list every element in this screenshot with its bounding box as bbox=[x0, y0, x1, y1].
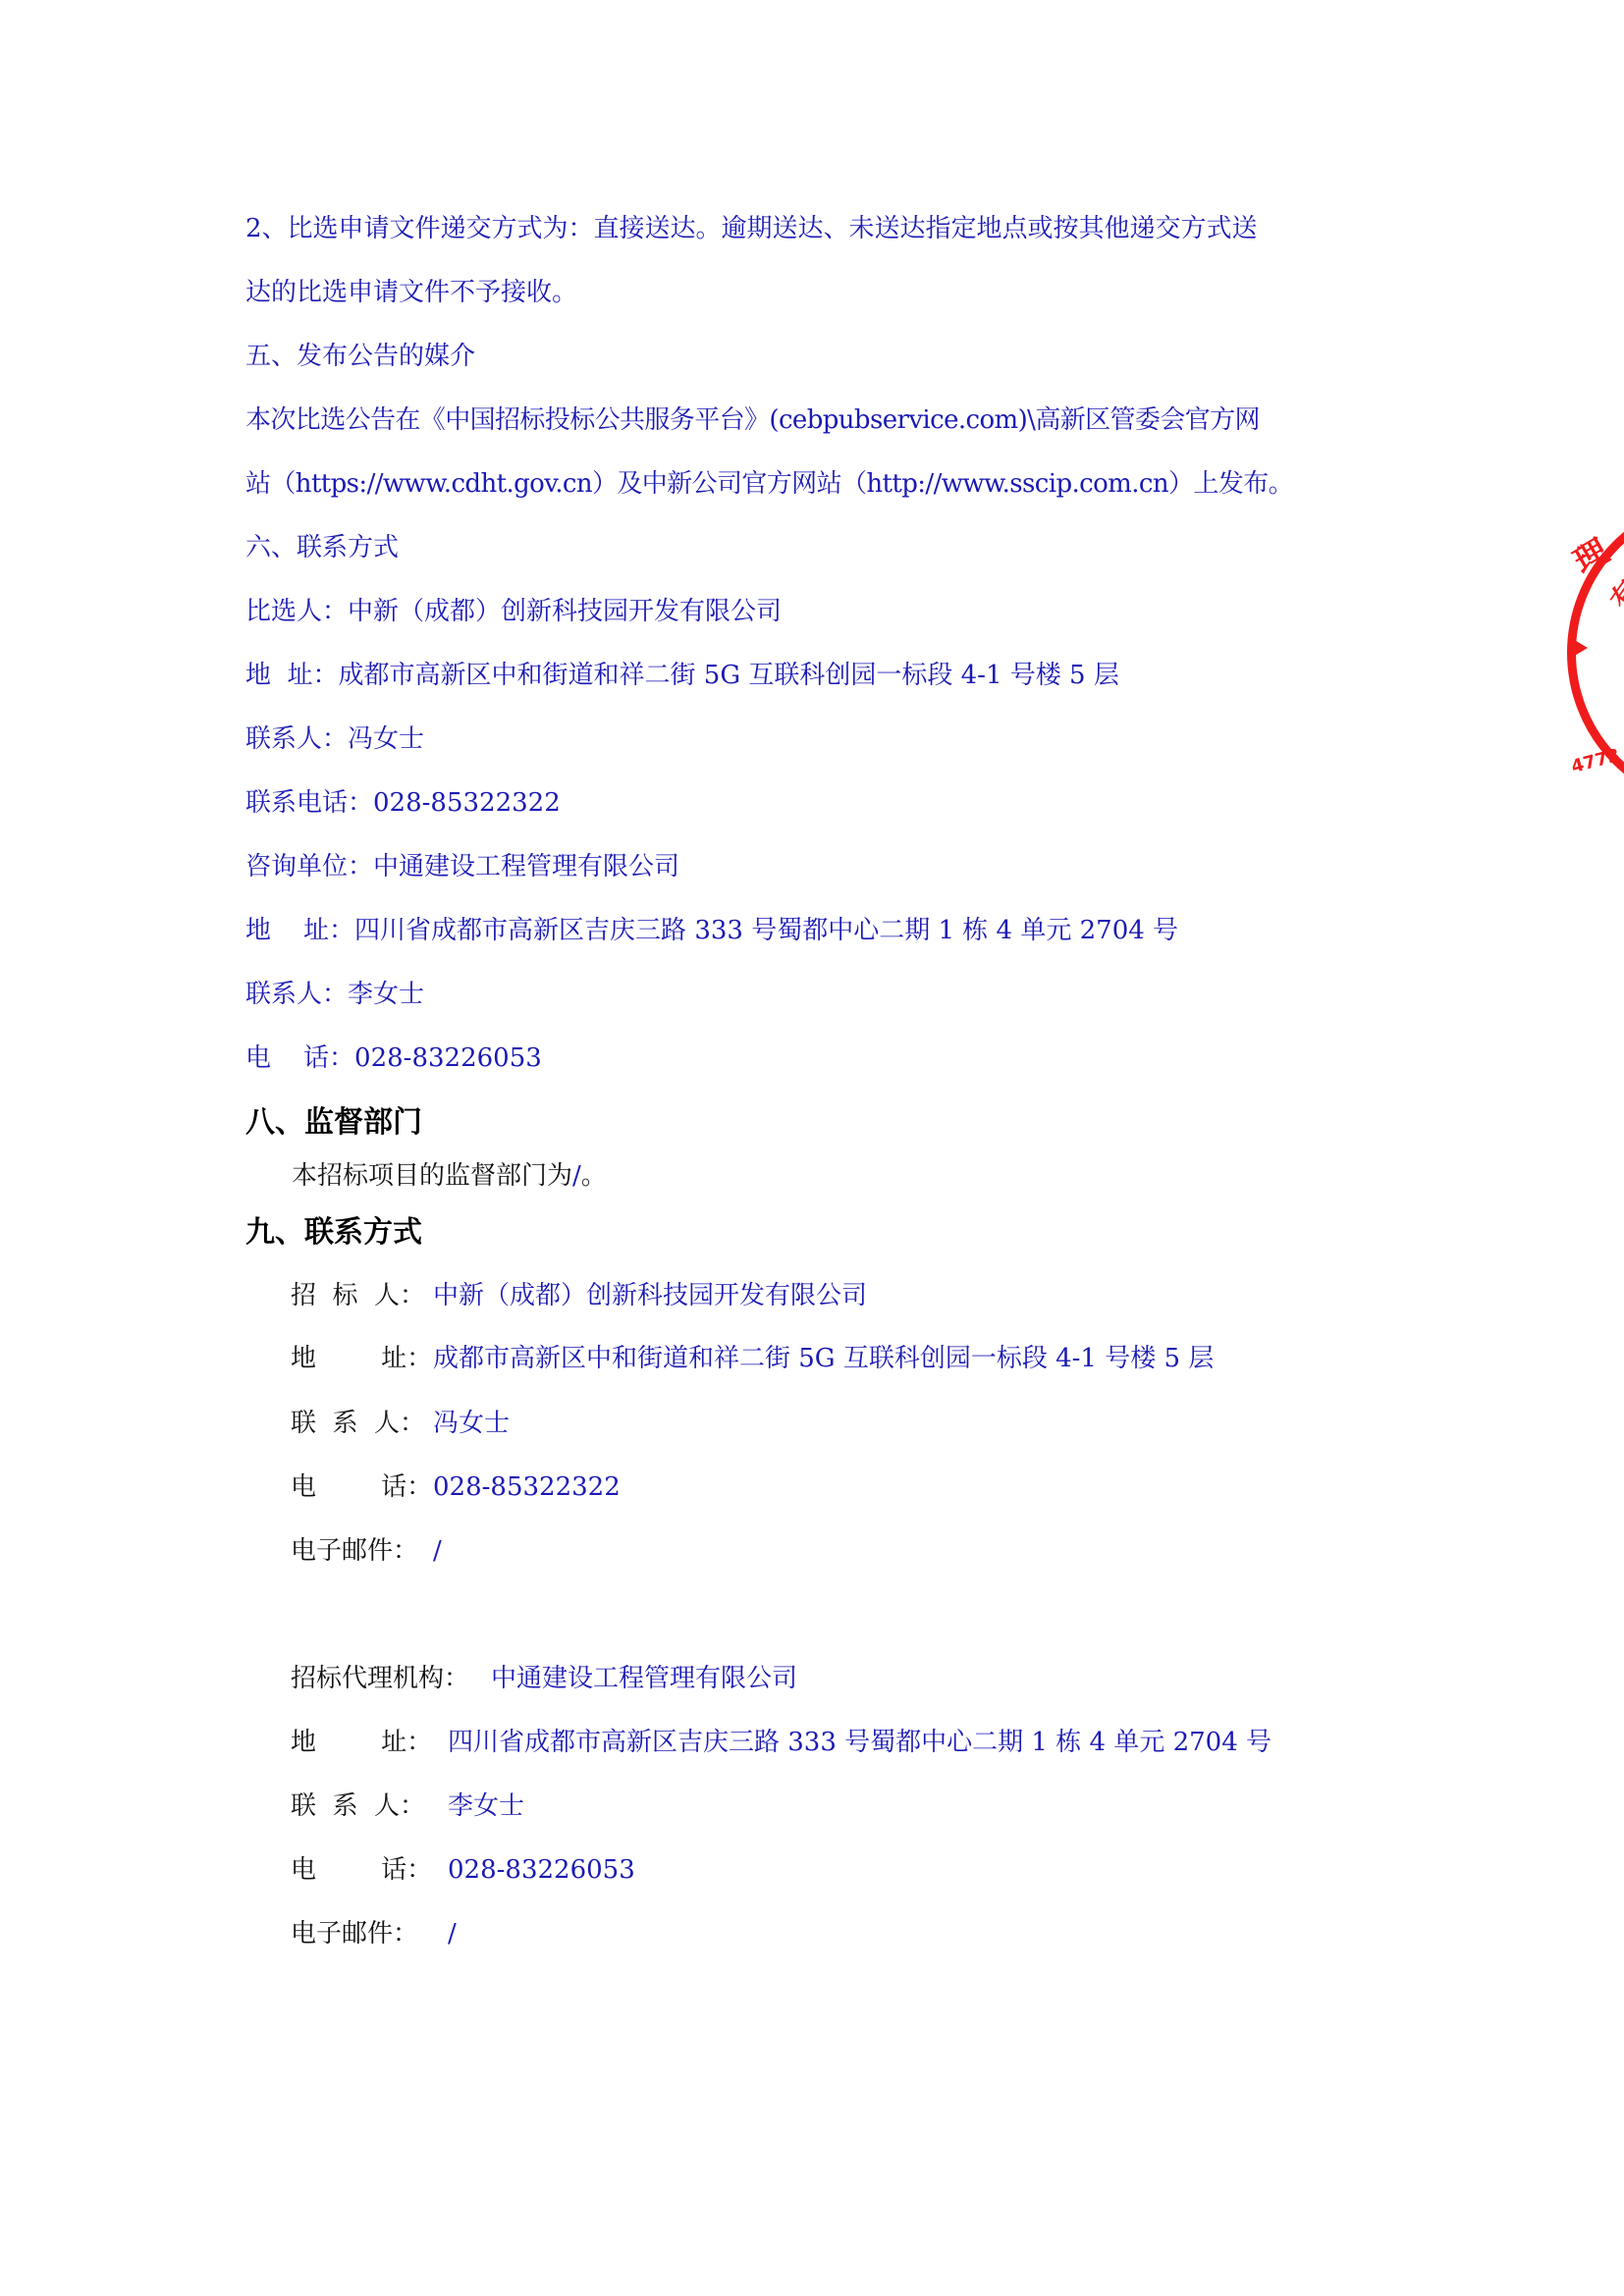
agency-row-contact: 联 系 人： 李女士 bbox=[291, 1790, 1371, 1822]
field-label: 联 系 人： bbox=[291, 1408, 425, 1439]
field-label: 地 址： bbox=[291, 1727, 432, 1758]
field-value: 中通建设工程管理有限公司 bbox=[491, 1663, 797, 1694]
agency-row-phone: 电 话： 028-83226053 bbox=[291, 1854, 1371, 1886]
field-label: 联 系 人： bbox=[291, 1790, 425, 1822]
text-line-selector-address: 地 址：成都市高新区中和街道和祥二街 5G 互联科创园一标段 4-1 号楼 5 … bbox=[245, 660, 1119, 691]
section-heading-supervision: 八、监督部门 bbox=[245, 1105, 422, 1141]
seal-star-icon bbox=[1568, 636, 1588, 660]
text-line-selector: 比选人：中新（成都）创新科技园开发有限公司 bbox=[245, 596, 782, 627]
text-line-selector-phone: 联系电话：028-85322322 bbox=[245, 787, 561, 819]
tenderer-row-address: 地 址： 成都市高新区中和街道和祥二街 5G 互联科创园一标段 4-1 号楼 5… bbox=[291, 1343, 1371, 1374]
agency-row-email: 电子邮件： / bbox=[291, 1918, 1371, 1949]
field-value: 冯女士 bbox=[433, 1408, 510, 1439]
section-heading-contact-6: 六、联系方式 bbox=[245, 532, 399, 563]
agency-row-name: 招标代理机构： 中通建设工程管理有限公司 bbox=[291, 1663, 1371, 1694]
text-line-supervision-body: 本招标项目的监督部门为/。 bbox=[292, 1160, 607, 1192]
text-line-consultant-address: 地 址：四川省成都市高新区吉庆三路 333 号蜀都中心二期 1 栋 4 单元 2… bbox=[245, 915, 1178, 946]
text-line-submission-method-cont: 达的比选申请文件不予接收。 bbox=[245, 277, 577, 308]
agency-row-address: 地 址： 四川省成都市高新区吉庆三路 333 号蜀都中心二期 1 栋 4 单元 … bbox=[291, 1727, 1371, 1758]
tenderer-row-contact: 联 系 人： 冯女士 bbox=[291, 1408, 1371, 1439]
text-line-media-websites: 站（https://www.cdht.gov.cn）及中新公司官方网站（http… bbox=[245, 468, 1293, 500]
field-value: 中新（成都）创新科技园开发有限公司 bbox=[433, 1280, 867, 1311]
field-label: 电 话： bbox=[291, 1471, 432, 1503]
tenderer-row-email: 电子邮件： / bbox=[291, 1535, 1371, 1567]
seal-digits-fragment: 4773 bbox=[1569, 745, 1622, 777]
field-label: 电子邮件： bbox=[291, 1535, 418, 1567]
field-value: 成都市高新区中和街道和祥二街 5G 互联科创园一标段 4-1 号楼 5 层 bbox=[433, 1343, 1214, 1374]
supervision-body-value: / bbox=[572, 1161, 581, 1191]
supervision-body-prefix: 本招标项目的监督部门为 bbox=[292, 1161, 572, 1191]
field-label: 地 址： bbox=[291, 1343, 432, 1374]
field-value: 四川省成都市高新区吉庆三路 333 号蜀都中心二期 1 栋 4 单元 2704 … bbox=[448, 1727, 1272, 1758]
field-value: 李女士 bbox=[448, 1790, 524, 1822]
field-label: 电 话： bbox=[291, 1854, 432, 1886]
text-line-consultant: 咨询单位：中通建设工程管理有限公司 bbox=[245, 851, 679, 882]
field-value: 028-85322322 bbox=[433, 1471, 621, 1503]
section-heading-contact-9: 九、联系方式 bbox=[245, 1215, 422, 1251]
field-label: 电子邮件： bbox=[291, 1918, 418, 1949]
text-line-media-platforms: 本次比选公告在《中国招标投标公共服务平台》(cebpubservice.com)… bbox=[245, 404, 1260, 436]
field-label: 招标代理机构： bbox=[291, 1663, 469, 1694]
field-label: 招 标 人： bbox=[291, 1280, 425, 1311]
section-heading-media: 五、发布公告的媒介 bbox=[245, 341, 475, 372]
supervision-body-suffix: 。 bbox=[581, 1161, 607, 1191]
tenderer-row-phone: 电 话： 028-85322322 bbox=[291, 1471, 1371, 1503]
text-line-submission-method: 2、比选申请文件递交方式为：直接送达。逾期送达、未送达指定地点或按其他递交方式送 bbox=[245, 213, 1258, 244]
text-line-consultant-phone: 电 话：028-83226053 bbox=[245, 1042, 542, 1074]
field-value: / bbox=[448, 1918, 457, 1949]
text-line-consultant-contact: 联系人：李女士 bbox=[245, 979, 424, 1010]
tenderer-row-name: 招 标 人： 中新（成都）创新科技园开发有限公司 bbox=[291, 1280, 1371, 1311]
field-value: / bbox=[433, 1535, 442, 1567]
field-value: 028-83226053 bbox=[448, 1854, 635, 1886]
text-line-selector-contact: 联系人：冯女士 bbox=[245, 723, 424, 755]
